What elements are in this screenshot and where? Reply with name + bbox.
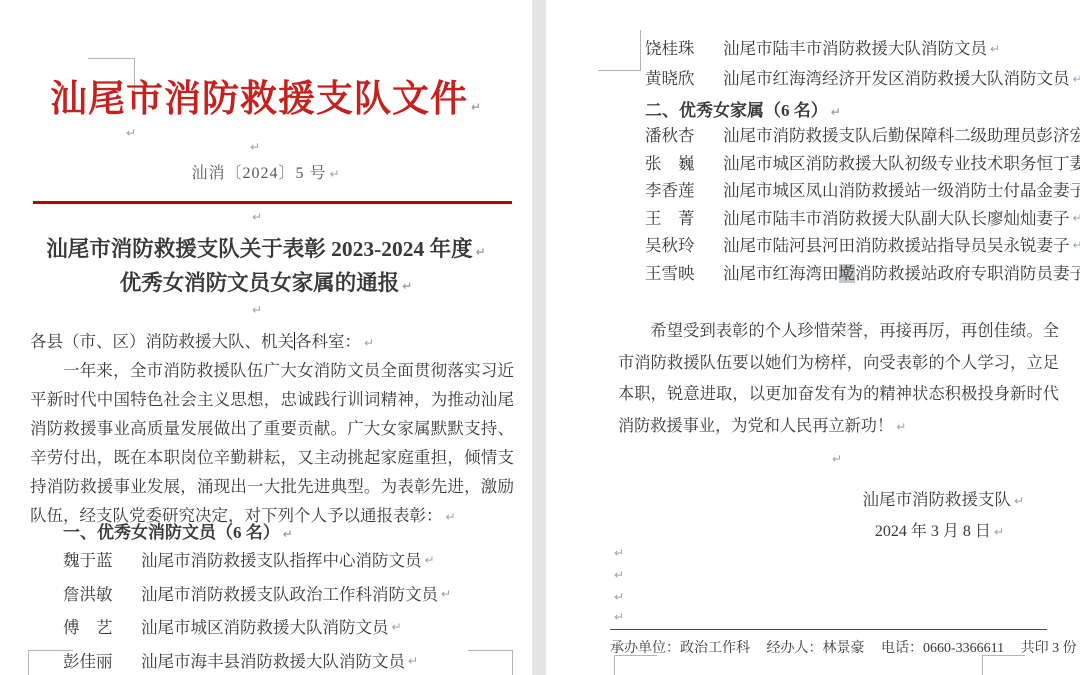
awardee-list-civil-clerks: 魏于蓝 汕尾市消防救援支队指挥中心消防文员 ↵ 詹洪敏 汕尾市消防救援支队政治工…	[63, 544, 451, 675]
document-page-2[interactable]: 饶桂珠 汕尾市陆丰市消防救援大队消防文员 ↵ 黄晓欣 汕尾市红海湾经济开发区消防…	[546, 0, 1080, 675]
agency-letterhead: 汕尾市消防救援支队文件↵	[0, 68, 532, 122]
awardee-row: 张 巍 汕尾市城区消防救援大队初级专业技术职务恒丁妻子 ↵	[645, 150, 1080, 178]
signature-org: 汕尾市消防救援支队↵	[546, 486, 1080, 510]
awardee-name: 饶桂珠	[645, 34, 723, 64]
footer-phone-value: 0660-3366611	[923, 641, 1004, 656]
footer-copies: 共印 3 份	[1021, 641, 1077, 656]
awardee-row: 王雪映 汕尾市红海湾田墘消防救援站政府专职消防员妻子 ↵	[645, 260, 1080, 288]
awardee-unit: 汕尾市红海湾田墘消防救援站政府专职消防员妻子	[723, 260, 1080, 288]
footer-organizer-value: 政治工作科	[680, 641, 750, 656]
signature-date: 2024 年 3 月 8 日↵	[546, 518, 1080, 541]
footer-handler-label: 经办人：	[767, 641, 823, 656]
awardee-list-family-members: 潘秋杏 汕尾市消防救援支队后勤保障科二级助理员彭济宏妻子 ↵ 张 巍 汕尾市城区…	[645, 122, 1080, 287]
awardee-row: 魏于蓝 汕尾市消防救援支队指挥中心消防文员 ↵	[63, 544, 451, 578]
paragraph-mark-icon: ↵	[252, 210, 262, 224]
margin-corner-mark	[468, 650, 513, 675]
paragraph-mark-icon: ↵	[994, 525, 1004, 539]
paragraph-mark-icon: ↵	[614, 610, 624, 624]
paragraph-mark-icon: ↵	[250, 140, 260, 154]
awardee-unit: 汕尾市陆河县河田消防救援站指导员吴永锐妻子	[723, 232, 1070, 260]
paragraph-mark-icon: ↵	[408, 645, 418, 675]
margin-corner-mark	[614, 655, 657, 675]
paragraph-mark-icon: ↵	[402, 279, 412, 293]
paragraph-mark-icon: ↵	[476, 245, 486, 259]
paragraph-mark-icon: ↵	[392, 611, 402, 645]
awardee-row: 詹洪敏 汕尾市消防救援支队政治工作科消防文员 ↵	[63, 578, 451, 612]
footer-organizer-label: 承办单位：	[610, 641, 680, 656]
paragraph-mark-icon: ↵	[614, 590, 624, 604]
margin-corner-mark	[598, 30, 641, 71]
highlighted-character: 墘	[839, 264, 856, 283]
awardee-unit: 汕尾市红海湾经济开发区消防救援大队消防文员	[723, 64, 1070, 94]
awardee-unit: 汕尾市陆丰市消防救援大队消防文员	[723, 34, 987, 64]
margin-corner-mark	[982, 655, 1025, 675]
awardee-name: 潘秋杏	[645, 122, 723, 150]
paragraph-mark-icon: ↵	[446, 510, 456, 524]
document-title-line2: 优秀女消防文员女家属的通报	[120, 271, 400, 295]
footer-handler-value: 林景豪	[823, 641, 865, 656]
awardee-row: 潘秋杏 汕尾市消防救援支队后勤保障科二级助理员彭济宏妻子 ↵	[645, 122, 1080, 150]
paragraph-mark-icon: ↵	[1014, 494, 1024, 508]
paragraph-mark-icon: ↵	[252, 303, 262, 317]
paragraph-mark-icon: ↵	[329, 167, 340, 181]
agency-letterhead-text: 汕尾市消防救援支队文件	[50, 79, 468, 120]
paragraph-mark-icon: ↵	[1073, 232, 1080, 260]
paragraph-mark-icon: ↵	[1073, 205, 1080, 233]
awardee-name: 黄晓欣	[645, 64, 723, 94]
awardee-name: 傅 艺	[63, 611, 141, 645]
document-title-line1: 汕尾市消防救援支队关于表彰 2023-2024 年度	[46, 237, 472, 261]
awardee-name: 詹洪敏	[63, 578, 141, 612]
awardee-unit: 汕尾市城区凤山消防救援站一级消防士付晶金妻子	[723, 177, 1080, 205]
paragraph-mark-icon: ↵	[990, 34, 1000, 64]
awardee-unit: 汕尾市消防救援支队政治工作科消防文员	[141, 578, 438, 612]
paragraph-mark-icon: ↵	[126, 126, 136, 140]
paragraph-mark-icon: ↵	[896, 420, 906, 434]
awardee-unit: 汕尾市城区消防救援大队消防文员	[141, 611, 389, 645]
awardee-unit: 汕尾市城区消防救援大队初级专业技术职务恒丁妻子	[723, 150, 1080, 178]
awardee-name: 张 巍	[645, 150, 723, 178]
page-gap	[532, 0, 546, 675]
paragraph-mark-icon: ↵	[614, 546, 624, 560]
awardee-name: 魏于蓝	[63, 544, 141, 578]
awardee-row: 吴秋玲 汕尾市陆河县河田消防救援站指导员吴永锐妻子 ↵	[645, 232, 1080, 260]
paragraph-mark-icon: ↵	[832, 452, 842, 466]
awardee-list-continued: 饶桂珠 汕尾市陆丰市消防救援大队消防文员 ↵ 黄晓欣 汕尾市红海湾经济开发区消防…	[645, 34, 1080, 94]
paragraph-mark-icon: ↵	[614, 568, 624, 582]
document-number: 汕消〔2024〕5 号↵	[0, 160, 532, 183]
paragraph-mark-icon: ↵	[1073, 64, 1080, 94]
awardee-unit: 汕尾市消防救援支队后勤保障科二级助理员彭济宏妻子	[723, 122, 1080, 150]
awardee-row: 饶桂珠 汕尾市陆丰市消防救援大队消防文员 ↵	[645, 34, 1080, 64]
body-paragraph: 一年来，全市消防救援队伍广大女消防文员全面贯彻落实习近平新时代中国特色社会主义思…	[30, 356, 514, 532]
footer-divider-line	[610, 629, 1047, 630]
paragraph-mark-icon: ↵	[425, 544, 435, 578]
paragraph-mark-icon: ↵	[441, 578, 451, 612]
awardee-row: 彭佳丽 汕尾市海丰县消防救援大队消防文员 ↵	[63, 645, 451, 675]
footer-info: 承办单位：政治工作科 经办人：林景豪 电话：0660-3366611 共印 3 …	[610, 637, 1080, 657]
awardee-name: 王雪映	[645, 260, 723, 288]
margin-corner-mark	[28, 650, 73, 675]
awardee-name: 彭佳丽	[63, 645, 141, 675]
awardee-unit: 汕尾市海丰县消防救援大队消防文员	[141, 645, 405, 675]
document-page-1[interactable]: ↵ 汕尾市消防救援支队文件↵ ↵ 汕消〔2024〕5 号↵ ↵ 汕尾市消防救援支…	[0, 0, 532, 675]
paragraph-mark-icon: ↵	[831, 105, 841, 119]
paragraph-mark-icon: ↵	[471, 100, 482, 114]
awardee-unit: 汕尾市消防救援支队指挥中心消防文员	[141, 544, 422, 578]
salutation-line: 各县（市、区）消防救援大队、机关各科室：↵	[30, 328, 374, 352]
section-1-heading: 一、优秀女消防文员（6 名）↵	[63, 518, 293, 543]
awardee-row: 李香莲 汕尾市城区凤山消防救援站一级消防士付晶金妻子 ↵	[645, 177, 1080, 205]
awardee-unit: 汕尾市陆丰市消防救援大队副大队长廖灿灿妻子	[723, 205, 1070, 233]
awardee-name: 王 菁	[645, 205, 723, 233]
paragraph-mark-icon: ↵	[283, 527, 293, 541]
awardee-name: 李香莲	[645, 177, 723, 205]
section-2-heading: 二、优秀女家属（6 名）↵	[645, 96, 841, 121]
awardee-row: 黄晓欣 汕尾市红海湾经济开发区消防救援大队消防文员 ↵	[645, 64, 1080, 94]
document-title: 汕尾市消防救援支队关于表彰 2023-2024 年度↵ 优秀女消防文员女家属的通…	[0, 234, 532, 302]
letterhead-divider-line	[33, 201, 512, 204]
awardee-row: 王 菁 汕尾市陆丰市消防救援大队副大队长廖灿灿妻子 ↵	[645, 205, 1080, 233]
awardee-row: 傅 艺 汕尾市城区消防救援大队消防文员 ↵	[63, 611, 451, 645]
footer-phone-label: 电话：	[881, 641, 923, 656]
closing-paragraph: 希望受到表彰的个人珍惜荣誉，再接再厉，再创佳绩。全市消防救援队伍要以她们为榜样，…	[618, 316, 1059, 443]
paragraph-mark-icon: ↵	[364, 336, 374, 350]
awardee-name: 吴秋玲	[645, 232, 723, 260]
